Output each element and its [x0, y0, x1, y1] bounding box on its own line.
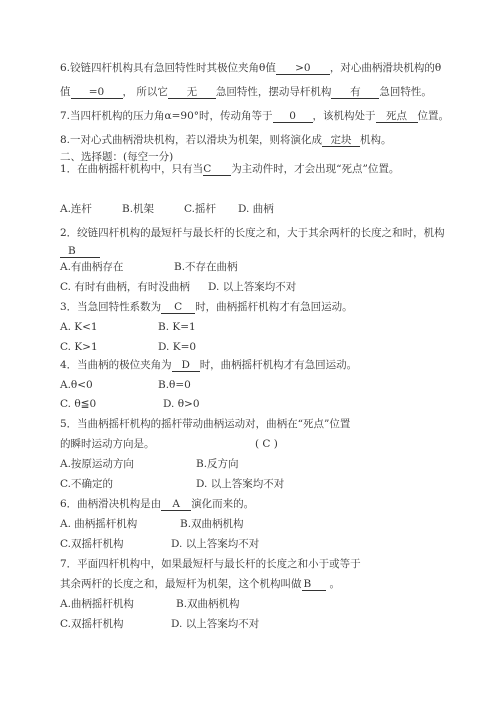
option-c: C. K>1 [60, 340, 158, 354]
option-c: C.双摇杆机构 [60, 617, 171, 631]
answer-blank: A [161, 498, 191, 511]
text: 值 [60, 86, 71, 98]
option-c: C.摇杆 [184, 202, 238, 216]
question-4-options-cd: C. θ≦0D. θ>0 [60, 397, 200, 411]
question-stem: 6．曲柄滑决机构是由 [60, 498, 161, 510]
question-stem: 1．在曲柄摇杆机构中，只有当 [60, 163, 203, 175]
question-3-options-cd: C. K>1D. K=0 [60, 340, 196, 354]
question-3-options-ab: A. K<1B. K=1 [60, 320, 196, 334]
question-1: 1．在曲柄摇杆机构中，只有当C为主动件时，才会出现“死点”位置。 [60, 162, 399, 176]
question-5-options-cd: C.不确定的D. 以上答案均不对 [60, 477, 284, 491]
text: 7.当四杆机构的压力角α=90°时，传动角等于 [60, 110, 273, 122]
answer-blank: =0 [71, 86, 123, 99]
question-7-options-ab: A.曲柄摇杆机构B.双曲柄机构 [60, 597, 240, 611]
option-d: D. 以上答案均不对 [171, 617, 259, 631]
question-5-line1: 5．当曲柄摇杆机构的摇杆带动曲柄运动对，曲柄在“死点”位置 [60, 417, 350, 431]
option-b: B.双曲柄机构 [180, 517, 244, 531]
question-stem: 时，曲柄摇杆机构才有急回运动。 [195, 301, 353, 313]
question-2: 2．绞链四杆机构的最短杆与最长杆的长度之和，大于其余两杆的长度之和时，机构 [60, 226, 445, 240]
option-b: B.反方向 [196, 457, 239, 471]
option-a: A.按原运动方向 [60, 457, 196, 471]
text: 8.一对心式曲柄滑块机构，若以滑块为机架，则将演化成 [60, 134, 322, 146]
question-7-line2: 其余两杆的长度之和，最短杆为机架，这个机构叫做B。 [60, 577, 340, 591]
option-a: A.有曲柄存在 [60, 260, 174, 274]
option-a: A.θ<0 [60, 378, 158, 392]
question-stem: 。 [326, 578, 341, 590]
answer-blank: C [203, 163, 231, 176]
question-stem: 其余两杆的长度之和，最短杆为机架，这个机构叫做 [60, 578, 302, 590]
text: 急回特性，摆动导杆机构 [216, 86, 332, 98]
answer-blank: >0 [276, 62, 330, 75]
answer-blank: D [172, 359, 200, 372]
text: 位置。 [418, 110, 450, 122]
question-7-options-cd: C.双摇杆机构D. 以上答案均不对 [60, 617, 259, 631]
option-d: D. 以上答案均不对 [171, 537, 259, 551]
answer-paren: ( C ) [255, 438, 278, 450]
option-a: A.连杆 [60, 202, 122, 216]
question-2-options-cd: C. 有时有曲柄，有时没曲柄D. 以上答案均不对 [60, 280, 296, 294]
option-d: D. K=0 [158, 340, 196, 354]
option-d: D. 曲柄 [238, 202, 274, 216]
question-3: 3．当急回特性系数为C时，曲柄摇杆机构才有急回运动。 [60, 300, 353, 314]
question-4-options-ab: A.θ<0B.θ=0 [60, 378, 191, 392]
option-d: D. 以上答案均不对 [196, 477, 284, 491]
option-c: C.双摇杆机构 [60, 537, 171, 551]
option-b: B.θ=0 [158, 378, 191, 392]
option-a: A. K<1 [60, 320, 158, 334]
answer-blank: 有 [331, 86, 379, 99]
option-a: A.曲柄摇杆机构 [60, 597, 176, 611]
option-d: D. 以上答案均不对 [208, 280, 296, 294]
question-5-line2: 的瞬时运动方向是。( C ) [60, 437, 278, 451]
question-stem: 4．当曲柄的极位夹角为 [60, 359, 172, 371]
answer-blank: 死点 [376, 110, 418, 123]
answer-blank: 0 [273, 110, 313, 123]
option-b: B.不存在曲柄 [174, 260, 238, 274]
fill-q7: 7.当四杆机构的压力角α=90°时，传动角等于0，该机构处于死点位置。 [60, 109, 449, 123]
question-stem: 3．当急回特性系数为 [60, 301, 161, 313]
option-b: B.机架 [122, 202, 184, 216]
fill-q8: 8.一对心式曲柄滑块机构，若以滑块为机架，则将演化成定块机构。 [60, 133, 392, 147]
question-stem: 时，曲柄摇杆机构才有急回运动。 [200, 359, 358, 371]
option-d: D. θ>0 [163, 397, 200, 411]
text: ，对心曲柄滑块机构的θ [330, 62, 441, 74]
answer-blank: 定块 [322, 134, 360, 147]
question-2-answer-line: B [60, 244, 100, 258]
question-5-options-ab: A.按原运动方向B.反方向 [60, 457, 239, 471]
option-b: B. K=1 [158, 320, 196, 334]
question-6: 6．曲柄滑决机构是由A演化而来的。 [60, 497, 254, 511]
fill-q6-line1: 6.铰链四杆机构具有急回特性时其极位夹角θ值>0，对心曲柄滑块机构的θ [60, 61, 441, 75]
answer-blank: B [302, 578, 326, 591]
question-stem: 为主动件时，才会出现“死点”位置。 [231, 163, 399, 175]
text: 6.铰链四杆机构具有急回特性时其极位夹角θ值 [60, 62, 276, 74]
question-stem: 演化而来的。 [191, 498, 254, 510]
question-2-options-ab: A.有曲柄存在B.不存在曲柄 [60, 260, 238, 274]
option-b: B.双曲柄机构 [176, 597, 240, 611]
question-stem: 的瞬时运动方向是。 [60, 437, 255, 451]
question-4: 4．当曲柄的极位夹角为D时，曲柄摇杆机构才有急回运动。 [60, 358, 357, 372]
question-7-line1: 7．平面四杆机构中，如果最短杆与最长杆的长度之和小于或等于 [60, 557, 361, 571]
text: 机构。 [360, 134, 392, 146]
option-c: C.不确定的 [60, 477, 196, 491]
answer-blank: C [161, 301, 195, 314]
answer-blank: 无 [168, 86, 216, 99]
question-1-options: A.连杆B.机架C.摇杆D. 曲柄 [60, 202, 274, 216]
text: ， 所以它 [123, 86, 168, 98]
option-a: A. 曲柄摇杆机构 [60, 517, 180, 531]
option-c: C. 有时有曲柄，有时没曲柄 [60, 280, 208, 294]
question-6-options-cd: C.双摇杆机构D. 以上答案均不对 [60, 537, 259, 551]
text: 急回特性。 [379, 86, 432, 98]
question-6-options-ab: A. 曲柄摇杆机构B.双曲柄机构 [60, 517, 244, 531]
fill-q6-line2: 值=0， 所以它无急回特性，摆动导杆机构有急回特性。 [60, 85, 432, 99]
answer-blank: B [60, 245, 100, 258]
option-c: C. θ≦0 [60, 397, 163, 411]
text: ，该机构处于 [313, 110, 376, 122]
